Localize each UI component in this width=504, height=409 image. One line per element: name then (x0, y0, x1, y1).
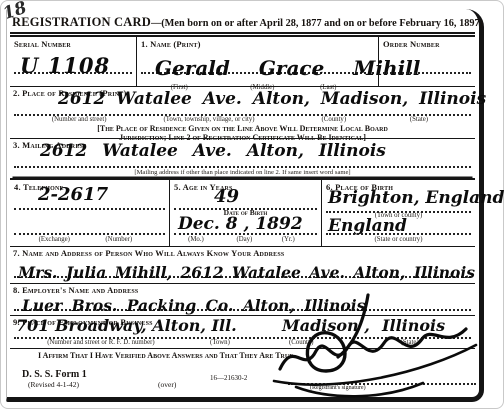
telephone-bottom-line (14, 233, 165, 235)
mailing-sublabel: [Mailing address if other than place ind… (10, 169, 475, 176)
serial-number-value: U 1108 (20, 53, 110, 78)
residence-note-line1: [The Place of Residence Given on the Lin… (10, 124, 475, 133)
residence-sublabel-street: (Number and street) (52, 116, 107, 123)
row-identity: Serial Number U 1108 1. Name (Print) Ger… (10, 37, 475, 86)
dob-sublabel-year: (Yr.) (282, 236, 295, 243)
contact-label: 7. Name and Address of Person Who Will A… (13, 248, 284, 258)
name-label: 1. Name (Print) (137, 37, 378, 49)
age-cell: 5. Age in Years 49 Date of Birth Dec. 8 … (170, 180, 322, 246)
contact-value: Mrs. Julia Mihill, 2612 Watalee Ave. Alt… (18, 263, 475, 282)
dob-sublabel-month: (Mo.) (188, 236, 204, 243)
telephone-line (14, 208, 165, 210)
mailing-value: 2612 Watalee Ave. Alton, Illinois (40, 141, 386, 161)
age-value: 49 (214, 186, 239, 207)
order-number-line (383, 72, 471, 74)
telephone-value: 2-2617 (38, 184, 108, 205)
employment-state-value: Illinois (382, 316, 445, 335)
card-footer: D. S. S. Form 1 (Revised 4-1-42) (over) … (10, 361, 475, 397)
date-of-birth-line (174, 233, 317, 235)
telephone-cell: 4. Telephone 2-2617 (Exchange) (Number) (10, 180, 170, 246)
scanned-registration-card-page: 18 REGISTRATION CARD—(Men born on or aft… (0, 0, 504, 409)
date-of-birth-value: Dec. 8 , 1892 (178, 214, 303, 234)
residence-value: 2612 Watalee Ave. Alton, Madison, Illino… (58, 89, 486, 109)
card-title: REGISTRATION CARD—(Men born on or after … (10, 9, 475, 32)
employment-sublabel-street: (Number and street or R. F. D. number) (47, 339, 154, 346)
telephone-sublabel-number: (Number) (105, 236, 132, 243)
residence-sublabel-county: (County) (322, 116, 347, 123)
affirmation-row: I Affirm That I Have Verified Above Answ… (10, 348, 475, 361)
birthplace-state-sublabel: (State or country) (322, 236, 475, 243)
birthplace-cell: 6. Place of Birth Brighton, England (Tow… (322, 180, 475, 246)
mailing-line (14, 166, 471, 168)
birthplace-town-value: Brighton, England (328, 188, 504, 208)
employment-section: 9. Place of Employment or Business 701 B… (10, 315, 475, 348)
over-note: (over) (158, 380, 176, 389)
telephone-sublabel-exchange: (Exchange) (39, 236, 70, 243)
residence-sublabel-town: (Town, township, village, or city) (163, 116, 254, 123)
residence-section: 2. Place of Residence (Print) 2612 Watal… (10, 86, 475, 138)
card-title-main: REGISTRATION CARD (12, 15, 151, 29)
residence-sublabel-state: (State) (410, 116, 428, 123)
employer-value: Luer Bros. Packing Co. Alton, Illinois (22, 296, 365, 315)
birthplace-state-line (326, 233, 471, 235)
age-label: 5. Age in Years (170, 180, 321, 192)
name-cell: 1. Name (Print) Gerald Grace Mihill (Fir… (137, 37, 379, 86)
card-title-paren: —(Men born on or after April 28, 1877 an… (151, 18, 483, 29)
form-name: D. S. S. Form 1 (22, 369, 87, 380)
employment-sublabel-town: (Town) (210, 339, 230, 346)
row-telephone-age-birth: 4. Telephone 2-2617 (Exchange) (Number) … (10, 178, 475, 246)
employment-sublabel-county: (County) (289, 339, 314, 346)
order-number-label: Order Number (379, 37, 475, 49)
form-revision: (Revised 4-1-42) (28, 380, 79, 389)
serial-number-cell: Serial Number U 1108 (10, 37, 137, 86)
order-number-cell: Order Number (379, 37, 475, 86)
mailing-section: 3. Mailing Address 2612 Watalee Ave. Alt… (10, 138, 475, 178)
employment-street-value: 701 Broadway, Alton, Ill. (16, 316, 237, 335)
affirmation-text: I Affirm That I Have Verified Above Answ… (38, 351, 295, 360)
employer-section: 8. Employer's Name and Address Luer Bros… (10, 283, 475, 315)
employment-county-value: Madison , (282, 316, 370, 335)
registration-card: REGISTRATION CARD—(Men born on or after … (6, 9, 484, 402)
employment-sublabel-state: (State) (401, 339, 419, 346)
employer-label: 8. Employer's Name and Address (13, 285, 138, 295)
dob-sublabel-day: (Day) (236, 236, 252, 243)
signature-sublabel: (Registrant's signature) (310, 385, 366, 391)
contact-section: 7. Name and Address of Person Who Will A… (10, 246, 475, 283)
print-code: 16—21630-2 (210, 374, 247, 382)
serial-number-label: Serial Number (10, 37, 136, 49)
